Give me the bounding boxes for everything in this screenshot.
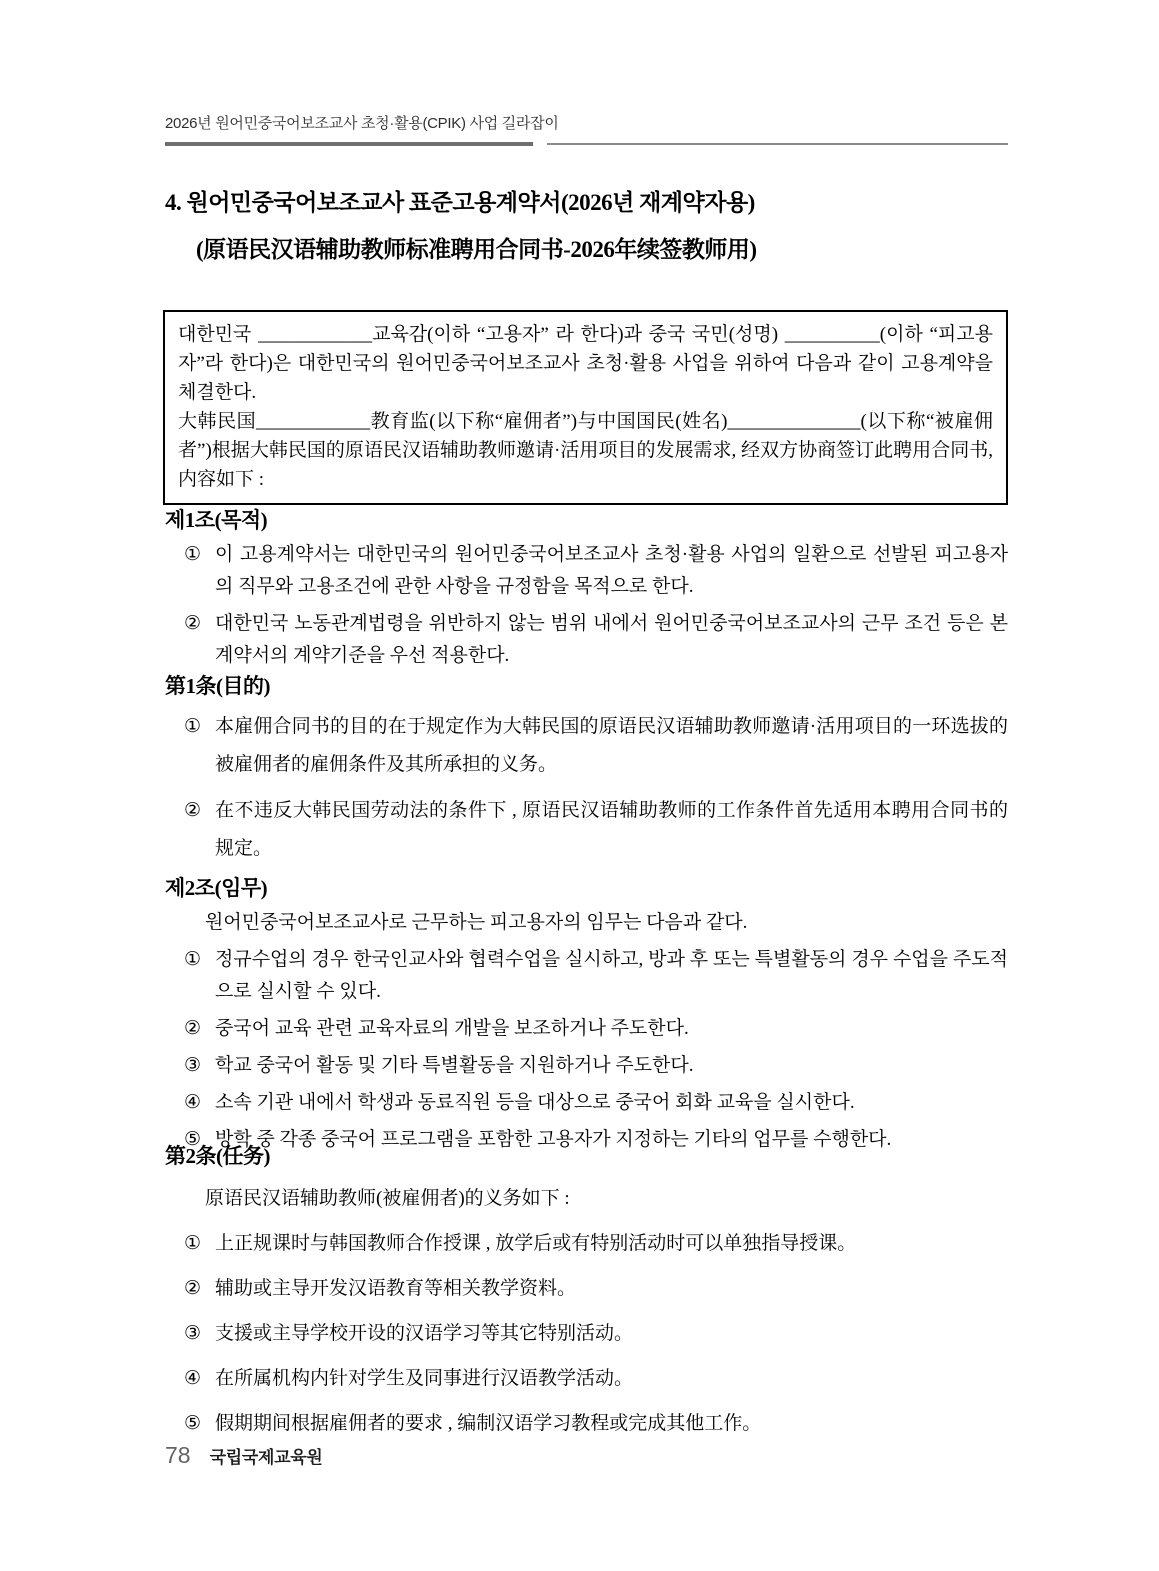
item-number: ① [184,708,215,784]
item-text: 중국어 교육 관련 교육자료의 개발을 보조하거나 주도한다. [215,1013,1008,1045]
running-header-title: 2026년 원어민중국어보조교사 초청·활용(CPIK) 사업 길라잡이 [165,112,1008,133]
list-item: ② 辅助或主导开发汉语教育等相关教学资料。 [165,1274,1008,1304]
section-heading: 제2조(임무) [165,874,1008,902]
list-item: ① 上正规课时与韩国教师合作授课 , 放学后或有特别活动时可以单独指导授课。 [165,1229,1008,1259]
list-item: ③ 학교 중국어 활동 및 기타 특별활동을 지원하거나 주도한다. [165,1050,1008,1082]
header-rule-gap [533,144,547,145]
preamble-box: 대한민국 ____________교육감(이하 “고용자” 라 한다)과 중국 … [163,310,1008,505]
item-number: ① [184,1229,215,1259]
list-item: ① 本雇佣合同书的目的在于规定作为大韩民国的原语民汉语辅助教师邀请·活用项目的一… [165,708,1008,784]
section-article1-korean: 제1조(목적) ① 이 고용계약서는 대한민국의 원어민중국어보조교사 초청·활… [165,506,1008,672]
page-footer: 78 국립국제교육원 [165,1442,322,1469]
section-heading: 제1조(목적) [165,506,1008,534]
item-number: ② [184,1013,215,1045]
list-item: ② 대한민국 노동관계법령을 위반하지 않는 범위 내에서 원어민중국어보조교사… [165,608,1008,672]
document-page: 2026년 원어민중국어보조교사 초청·활용(CPIK) 사업 길라잡이 4. … [0,0,1159,1571]
title-korean: 4. 원어민중국어보조교사 표준고용계약서(2026년 재계약자용) [165,188,1008,218]
item-text: 假期期间根据雇佣者的要求 , 编制汉语学习教程或完成其他工作。 [215,1409,1008,1439]
item-number: ③ [184,1319,215,1349]
item-number: ② [184,792,215,868]
list-item: ④ 소속 기관 내에서 학생과 동료직원 등을 대상으로 중국어 회화 교육을 … [165,1087,1008,1119]
header-rule [165,142,1008,146]
item-text: 上正规课时与韩国教师合作授课 , 放学后或有特别活动时可以单独指导授课。 [215,1229,1008,1259]
item-number: ② [184,608,215,672]
section-heading: 第2条(任务) [165,1142,1008,1170]
list-item: ⑤ 假期期间根据雇佣者的要求 , 编制汉语学习教程或完成其他工作。 [165,1409,1008,1439]
section-intro: 원어민중국어보조교사로 근무하는 피고용자의 임무는 다음과 같다. [205,907,1008,939]
running-header: 2026년 원어민중국어보조교사 초청·활용(CPIK) 사업 길라잡이 [165,112,1008,146]
header-rule-thin [547,143,1008,145]
list-item: ④ 在所属机构内针对学生及同事进行汉语教学活动。 [165,1364,1008,1394]
title-block: 4. 원어민중국어보조교사 표준고용계약서(2026년 재계약자용) (原语民汉… [165,188,1008,265]
section-article2-chinese: 第2条(任务) 原语民汉语辅助教师(被雇佣者)的义务如下 : ① 上正规课时与韩… [165,1142,1008,1439]
item-text: 本雇佣合同书的目的在于规定作为大韩民国的原语民汉语辅助教师邀请·活用项目的一环选… [215,708,1008,784]
item-text: 이 고용계약서는 대한민국의 원어민중국어보조교사 초청·활용 사업의 일환으로… [215,539,1008,603]
item-text: 소속 기관 내에서 학생과 동료직원 등을 대상으로 중국어 회화 교육을 실시… [215,1087,1008,1119]
item-text: 辅助或主导开发汉语教育等相关教学资料。 [215,1274,1008,1304]
section-article1-chinese: 第1条(目的) ① 本雇佣合同书的目的在于规定作为大韩民国的原语民汉语辅助教师邀… [165,672,1008,868]
item-number: ① [184,944,215,1008]
list-item: ② 在不违反大韩民国劳动法的条件下 , 原语民汉语辅助教师的工作条件首先适用本聘… [165,792,1008,868]
item-text: 대한민국 노동관계법령을 위반하지 않는 범위 내에서 원어민중국어보조교사의 … [215,608,1008,672]
header-rule-thick [165,142,533,146]
item-text: 在不违反大韩民国劳动法的条件下 , 原语民汉语辅助教师的工作条件首先适用本聘用合… [215,792,1008,868]
list-item: ② 중국어 교육 관련 교육자료의 개발을 보조하거나 주도한다. [165,1013,1008,1045]
list-item: ① 정규수업의 경우 한국인교사와 협력수업을 실시하고, 방과 후 또는 특별… [165,944,1008,1008]
list-item: ① 이 고용계약서는 대한민국의 원어민중국어보조교사 초청·활용 사업의 일환… [165,539,1008,603]
footer-organization: 국립국제교육원 [210,1443,323,1468]
item-number: ④ [184,1087,215,1119]
item-number: ④ [184,1364,215,1394]
preamble-korean: 대한민국 ____________교육감(이하 “고용자” 라 한다)과 중국 … [178,320,993,407]
list-item: ③ 支援或主导学校开设的汉语学习等其它特别活动。 [165,1319,1008,1349]
item-number: ⑤ [184,1409,215,1439]
item-text: 在所属机构内针对学生及同事进行汉语教学活动。 [215,1364,1008,1394]
section-intro: 原语民汉语辅助教师(被雇佣者)的义务如下 : [205,1184,1008,1214]
item-text: 정규수업의 경우 한국인교사와 협력수업을 실시하고, 방과 후 또는 특별활동… [215,944,1008,1008]
preamble-chinese: 大韩民国____________教育监(以下称“雇佣者”)与中国国民(姓名)__… [178,407,993,494]
item-number: ① [184,539,215,603]
item-number: ③ [184,1050,215,1082]
page-number: 78 [165,1442,191,1469]
section-heading: 第1条(目的) [165,672,1008,700]
item-text: 학교 중국어 활동 및 기타 특별활동을 지원하거나 주도한다. [215,1050,1008,1082]
item-text: 支援或主导学校开设的汉语学习等其它特别活动。 [215,1319,1008,1349]
item-number: ② [184,1274,215,1304]
section-article2-korean: 제2조(임무) 원어민중국어보조교사로 근무하는 피고용자의 임무는 다음과 같… [165,874,1008,1156]
title-chinese: (原语民汉语辅助教师标准聘用合同书-2026年续签教师用) [196,235,1008,265]
